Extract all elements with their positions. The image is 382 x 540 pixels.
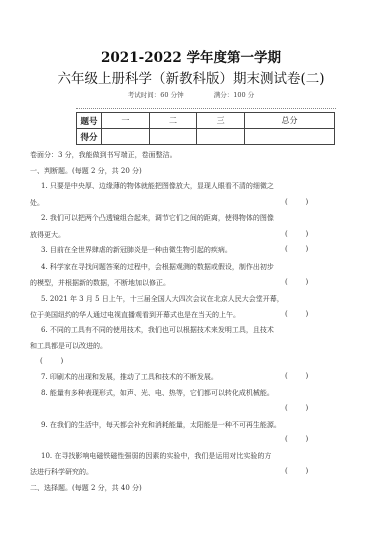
score-table: 题号 一 二 三 总分 得分 [76, 112, 335, 145]
exam-info: 考试时间：60 分钟 满分：100 分 [0, 90, 382, 99]
title-school-year: 2021-2022 学年度第一学期 [0, 46, 382, 66]
title-exam-name: 六年级上册科学（新教科版）期末测试卷(二) [0, 67, 382, 87]
question-6-line2: 和工具都是可以改进的。 [30, 341, 350, 351]
answer-blank-7[interactable]: ( ) [285, 372, 308, 380]
answer-blank-10[interactable]: ( ) [285, 467, 308, 475]
question-4-line1: 4. 科学家在寻找问题答案的过程中，会根据观测的数据或假设，制作出初步 [30, 262, 361, 272]
question-6-line1: 6. 不同的工具有不同的使用技术，我们也可以根据技术来发明工具，且技术 [30, 325, 361, 335]
cell-section-1: 一 [102, 113, 150, 129]
answer-blank-1[interactable]: ( ) [285, 198, 308, 206]
question-3-line1: 3. 目前在全世界肆虐的新冠肺炎是一种由微生物引起的疾病。 [30, 245, 361, 255]
answer-blank-3[interactable]: ( ) [285, 245, 308, 253]
answer-blank-8[interactable]: ( ) [285, 404, 308, 412]
question-7-line1: 7. 印刷术的出现和发展，推动了工具和技术的不断发展。 [30, 372, 361, 382]
question-8-line1: 8. 能量有多种表现形式，如声、光、电、热等，它们都可以转化成机械能。 [30, 388, 361, 398]
section1-heading: 一、判断题。(每题 2 分，共 20 分) [30, 166, 350, 176]
answer-blank-9[interactable]: ( ) [285, 435, 308, 443]
question-9-line1: 9. 在我们的生活中，每天都会补充和消耗能量，太阳能是一种不可再生能源。 [30, 420, 361, 430]
score-table-score-row: 得分 [77, 129, 335, 145]
exam-time: 考试时间：60 分钟 [128, 91, 184, 99]
neatness-note: 卷面分：3 分，我能做到书写端正，卷面整洁。 [30, 150, 350, 160]
answer-blank-6[interactable]: ( ) [40, 357, 63, 365]
score-input-2[interactable] [149, 129, 197, 145]
score-input-1[interactable] [102, 129, 150, 145]
question-5-line1: 5. 2021 年 3 月 5 日上午，十三届全国人大四次会议在北京人民大会堂开… [30, 294, 361, 304]
cell-section-2: 二 [149, 113, 197, 129]
question-1-line1: 1. 只要是中央厚、边缘薄的物体就能把图像放大，显现人眼看不清的细微之 [30, 181, 361, 191]
score-input-total[interactable] [244, 129, 334, 145]
full-score: 满分：100 分 [214, 91, 254, 99]
section2-heading: 二、选择题。(每题 2 分，共 40 分) [30, 483, 350, 493]
answer-blank-2[interactable]: ( ) [285, 230, 308, 238]
cell-score-label: 得分 [77, 129, 102, 145]
score-input-3[interactable] [197, 129, 245, 145]
cell-section-3: 三 [197, 113, 245, 129]
score-table-header-row: 题号 一 二 三 总分 [77, 113, 335, 129]
answer-blank-5[interactable]: ( ) [285, 310, 308, 318]
answer-blank-4[interactable]: ( ) [285, 278, 308, 286]
question-2-line1: 2. 我们可以把两个凸透镜组合起来，调节它们之间的距离，使得物体的图像 [30, 213, 361, 223]
cell-question-number-label: 题号 [77, 113, 102, 129]
cell-total: 总分 [244, 113, 334, 129]
question-10-line1: 10. 在寻找影响电磁铁磁性强弱的因素的实验中，我们是运用对比实验的方 [30, 451, 361, 461]
dotted-divider [76, 108, 336, 109]
